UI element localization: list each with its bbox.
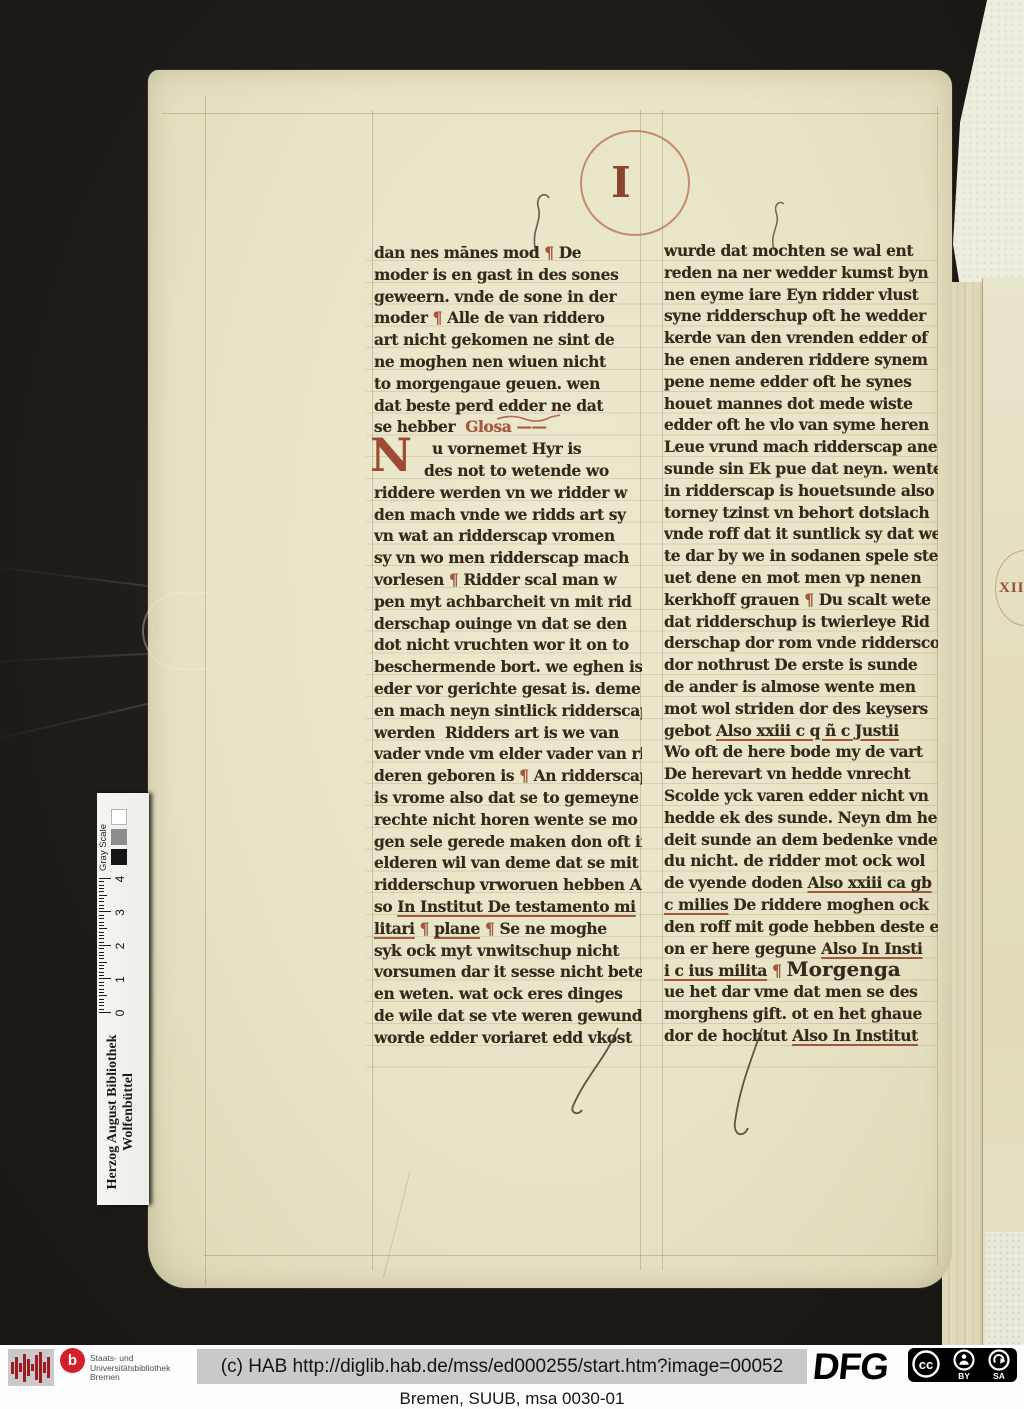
ruler-tick [99,928,107,929]
manuscript-line: on er here gegune Also In Insti [664,938,938,960]
text-segment: riddere werden vn we ridder w [374,483,627,502]
text-segment: gebot [664,721,716,740]
manuscript-line: gebot Also xxiii c q ñ c Justii [664,720,938,742]
manuscript-line: elderen wil van deme dat se mit [374,852,642,874]
cc-by-sa-icons: cc BY SA [908,1348,1017,1382]
manuscript-line: dat beste perd edder ne dat [374,395,642,417]
text-segment: Du scalt wete [814,590,931,609]
manuscript-line: vn wat an ridderscap vromen [374,525,642,547]
ruler-tick [99,972,104,973]
text-segment: beschermende bort. we eghen is [374,657,642,676]
ruler-tick [99,932,104,933]
text-segment: sunde sin Ek pue dat neyn. wente [664,459,938,478]
text-segment: ne moghen nen wiuen nicht [374,352,606,371]
page-holder-clip-inner [152,602,205,658]
text-segment: he enen anderen riddere synem [664,350,928,369]
suub-logo-bar [27,1359,30,1376]
manuscript-line: den roff mit gode hebben deste es [664,916,938,938]
manuscript-line: sy vn wo men ridderscap mach [374,547,642,569]
text-segment: dat ridderschup is twierleye Rid [664,612,929,631]
ruler-tick [99,918,104,919]
dfg-logo: DFG [811,1345,891,1389]
ruler-number: 2 [113,941,127,951]
ruler-tick [99,881,104,882]
manuscript-line: syk ock myt vnwitschup nicht [374,940,642,962]
manuscript-page: I dan nes mānes mod ¶ Demoder is en gast… [148,70,952,1288]
text-segment: kerde van den vrenden edder of [664,328,928,347]
ruler-tick [99,901,104,902]
ruler-tick [99,915,104,916]
ruler-tick [99,935,104,936]
manuscript-line: in ridderscap is houetsunde also [664,480,938,502]
text-segment: te dar by we in sodanen spele ster [664,546,938,565]
ruler-tick [99,992,104,993]
text-segment: de vyende doden [664,873,807,892]
suub-logo-bar [15,1357,18,1379]
text-segment: dan nes mānes mod [374,243,544,262]
text-segment: plane [434,919,480,938]
text-segment: des not to wetende wo [424,461,609,480]
text-segment: derschap ouinge vn dat se den [374,614,627,633]
manuscript-line: to morgengaue geuen. wen [374,373,642,395]
suub-logo-bar [47,1357,50,1378]
rubric-mark: ¶ [772,961,781,980]
manuscript-line: en weten. wat ock eres dinges [374,983,642,1005]
suub-logo-bar [39,1352,42,1383]
shelfmark-text: Bremen, SUUB, msa 0030-01 [0,1389,1024,1409]
cc-logo-letters: cc [919,1357,933,1372]
text-segment: uet dene en mot men vp nenen [664,568,921,587]
manuscript-line: du nicht. de ridder mot ock wol [664,850,938,872]
manuscript-line: hedde ek des sunde. Neyn dm he [664,807,938,829]
manuscript-line: werden Ridders art is we van [374,722,642,744]
ruling-line-top [162,113,940,114]
ruler-tick [99,995,107,996]
text-segment: en mach neyn sintlick ridderscap [374,701,642,720]
manuscript-line: de wile dat se vte weren gewundt [374,1005,642,1027]
text-segment: De [554,243,582,262]
text-segment: Morgenga [787,959,901,981]
rubric-mark: ¶ [433,308,442,327]
suub-logo-bar [19,1363,22,1372]
parchment-crease [383,1172,411,1279]
manuscript-line: so In Institut De testamento mi [374,896,642,918]
ruler-tick [99,891,104,892]
ruler-tick [99,1012,111,1013]
rubric-mark: Glosa [465,417,511,436]
text-segment: ue het dar vme dat men se des [664,982,918,1001]
ruler-tick [99,968,104,969]
ruler-tick [99,895,107,896]
text-segment: syk ock myt vnwitschup nicht [374,941,619,960]
manuscript-line: dan nes mānes mod ¶ De [374,242,642,264]
manuscript-line: worde edder voriaret edd vkost [374,1027,642,1049]
suub-logo-bar [23,1354,26,1382]
manuscript-line: houet mannes dot mede wiste [664,393,938,415]
ruler-number: 0 [113,1008,127,1018]
manuscript-line: c milies De riddere moghen ock [664,894,938,916]
text-segment: to morgengaue geuen. wen [374,374,600,393]
text-segment: edder oft he vlo van syme heren [664,415,929,434]
rubric-mark: ¶ [449,570,458,589]
ruler-tick [99,952,104,953]
ruler-tick [99,1009,104,1010]
folio-number-circle: I [580,130,690,236]
manuscript-line: is vrome also dat se to gemeyne [374,787,642,809]
manuscript-line: dot nicht vruchten wor it on to [374,634,642,656]
manuscript-line: reden na ner wedder kumst byn [664,262,938,284]
manuscript-line: litari ¶ plane ¶ Se ne moghe [374,918,642,940]
manuscript-line: torney tzinst vn behort dotslach [664,502,938,524]
text-segment: Also In Insti [821,939,922,958]
text-segment: dot nicht vruchten wor it on to [374,635,629,654]
text-segment: ridderschup vrworuen hebben Al [374,875,642,894]
ruler-tick [99,989,104,990]
suub-logo-bars [8,1349,54,1386]
ruler-tick [99,979,111,980]
text-segment: Ridder scal man w [458,570,616,589]
text-segment: derschap dor rom vnde ridderscop [664,633,938,652]
manuscript-line: kerkhoff grauen ¶ Du scalt wete [664,589,938,611]
manuscript-line: i c ius milita ¶ Morgenga [664,959,938,982]
ruler-tick [99,958,104,959]
ruler-number: 1 [113,975,127,985]
manuscript-line: geweern. vnde de sone in der [374,286,642,308]
adjacent-folio-number: XIII [999,580,1024,597]
text-segment: worde edder voriaret edd vkost [374,1028,632,1047]
manuscript-line: eder vor gerichte gesat is. deme [374,678,642,700]
book-cradle-surface-bottom [986,1232,1024,1345]
suub-library-name: Staats- und Universitätsbibliothek Breme… [90,1354,170,1383]
text-segment: c milies [664,895,728,914]
folio-number: I [582,158,660,207]
text-segment: de ander is almose wente men [664,677,916,696]
manuscript-line: en mach neyn sintlick ridderscap [374,700,642,722]
manuscript-line: u vornemet Hyr is [374,438,700,460]
text-segment: houet mannes dot mede wiste [664,394,913,413]
library-name-line2: Wolfenbüttel [121,1021,137,1203]
manuscript-line: ue het dar vme dat men se des [664,981,938,1003]
manuscript-line: pen myt achbarcheit vn mit rid [374,591,642,613]
text-segment: De riddere moghen ock [728,895,928,914]
ruler-tick [99,1005,104,1006]
manuscript-line: Wo oft de here bode my de vart [664,741,938,763]
manuscript-line: Scolde yck varen edder nicht vn [664,785,938,807]
text-segment: on er here gegune [664,939,821,958]
text-segment: den mach vnde we ridds art sy [374,505,626,524]
text-segment: i c ius milita [664,961,767,980]
ruler-tick [99,878,111,879]
text-segment: litari [374,919,415,938]
text-segment: morghens gift. ot en het ghaue [664,1004,922,1023]
manuscript-line: deren geboren is ¶ An ridderscap [374,765,642,787]
ruler-tick [99,905,104,906]
manuscript-line: derschap dor rom vnde ridderscop [664,632,938,654]
manuscript-line: art nicht gekomen ne sint de [374,329,642,351]
text-segment: Also xxiii c q ñ c Justii [716,721,899,740]
rubric-mark: ¶ [804,590,813,609]
text-segment: gen sele gerede maken don oft ir [374,832,642,851]
text-segment: du nicht. de ridder mot ock wol [664,851,925,870]
text-segment: dor nothrust De erste is sunde [664,655,917,674]
ruler-tick [99,975,104,976]
text-segment: vorsumen dar it sesse nicht beter [374,962,642,981]
scan-viewport: I dan nes mānes mod ¶ Demoder is en gast… [0,0,1024,1409]
copyright-url[interactable]: (c) HAB http://diglib.hab.de/mss/ed00025… [221,1356,783,1378]
ruler-tick [99,948,104,949]
text-segment: in ridderscap is houetsunde also [664,481,934,500]
text-segment: Wo oft de here bode my de vart [664,742,923,761]
text-segment: de wile dat se vte weren gewundt [374,1006,642,1025]
text-segment: moder [374,308,433,327]
text-segment: deit sunde an dem bedenke vnde [664,830,937,849]
library-name-line1: Herzog August Bibliothek [105,1021,121,1203]
ruler-tick [99,955,104,956]
text-segment: werden Ridders art is we van [374,723,619,742]
manuscript-line: sunde sin Ek pue dat neyn. wente [664,458,938,480]
text-segment: wurde dat mochten se wal ent [664,241,913,260]
manuscript-line: dat ridderschup is twierleye Rid [664,611,938,633]
text-segment: pene neme edder oft he synes [664,372,911,391]
manuscript-line: de ander is almose wente men [664,676,938,698]
manuscript-line: pene neme edder oft he synes [664,371,938,393]
manuscript-line: dor nothrust De erste is sunde [664,654,938,676]
grayscale-label: Gray Scale [98,793,109,871]
text-segment: hedde ek des sunde. Neyn dm he [664,808,937,827]
ruler-tick [99,942,104,943]
text-segment: geweern. vnde de sone in der [374,287,616,306]
text-segment: vnde roff dat it suntlick sy dat we [664,524,938,543]
grayscale-swatches: Gray Scale [97,793,149,871]
ruler-tick [99,945,111,946]
text-segment: u vornemet Hyr is [432,439,581,458]
text-segment: reden na ner wedder kumst byn [664,263,928,282]
ruler-tick [99,938,104,939]
rubric-mark: —— [511,417,546,436]
rubric-mark: ¶ [420,919,429,938]
ruler-tick [99,982,104,983]
manuscript-line: morghens gift. ot en het ghaue [664,1003,938,1025]
rubric-mark: ¶ [544,243,553,262]
text-segment: dor de hochtut [664,1026,792,1045]
text-segment: In Institut De testamento mi [397,897,635,916]
ruler-tick [99,912,111,913]
text-segment: so [374,897,397,916]
ruler-tick [99,999,104,1000]
suub-logo-bar [43,1362,46,1373]
text-segment: syne ridderschup oft he wedder [664,306,926,325]
manuscript-line: ridderschup vrworuen hebben Al [374,874,642,896]
ruler-tick [99,985,104,986]
ruler-tick [99,885,104,886]
manuscript-line: uet dene en mot men vp nenen [664,567,938,589]
text-segment: moder is en gast in des sones [374,265,618,284]
manuscript-line: he enen anderen riddere synem [664,349,938,371]
text-segment: vn wat an ridderscap vromen [374,526,615,545]
manuscript-line: te dar by we in sodanen spele ster [664,545,938,567]
text-segment: eder vor gerichte gesat is. deme [374,679,641,698]
manuscript-line: Leue vrund mach ridderscap ane [664,436,938,458]
copyright-bar: (c) HAB http://diglib.hab.de/mss/ed00025… [197,1349,807,1384]
ruling-line-vertical [205,96,206,1286]
text-segment: elderen wil van deme dat se mit [374,853,638,872]
ruler-tick [99,965,104,966]
text-segment: kerkhoff grauen [664,590,804,609]
ruler-number: 3 [113,908,127,918]
manuscript-line: dor de hochtut Also In Institut [664,1025,938,1047]
ruler-tick [99,962,107,963]
ruler-tick [99,898,104,899]
text-segment: Se ne moghe [494,919,606,938]
text-segment: is vrome also dat se to gemeyne [374,788,639,807]
manuscript-line: vorsumen dar it sesse nicht beter [374,961,642,983]
text-segment: Alle de van riddero [442,308,604,327]
swatch-black [111,849,127,865]
text-segment: deren geboren is [374,766,519,785]
manuscript-line: kerde van den vrenden edder of [664,327,938,349]
text-segment: Leue vrund mach ridderscap ane [664,437,937,456]
cc-by-label: BY [958,1371,970,1381]
facing-page-edge [982,278,1024,1345]
text-segment: torney tzinst vn behort dotslach [664,503,929,522]
text-segment: Also xxiii ca gb [807,873,931,892]
ruler-tick [99,922,104,923]
ruler-number: 4 [113,874,127,884]
text-segment: den roff mit gode hebben deste es [664,917,938,936]
text-segment: De herevart vn hedde vnrecht [664,764,910,783]
manuscript-line: wurde dat mochten se wal ent [664,240,938,262]
grayscale-reference-strip: Herzog August Bibliothek Wolfenbüttel 01… [97,793,149,1205]
manuscript-line: vader vnde vm elder vader van rid [374,743,642,765]
swatch-gray [111,829,127,845]
text-segment: An ridderscap [529,766,642,785]
library-name-label: Herzog August Bibliothek Wolfenbüttel [105,1021,137,1203]
ruler-tick [99,1002,104,1003]
manuscript-line: De herevart vn hedde vnrecht [664,763,938,785]
share-alike-icon [990,1351,1009,1370]
text-segment: Also In Institut [792,1026,918,1045]
ruler: 01234 [97,869,149,1019]
ruler-tick [99,925,104,926]
manuscript-line: mot wol striden dor des keysers [664,698,938,720]
rubric-mark: ¶ [519,766,528,785]
manuscript-line: derschap ouinge vn dat se den [374,613,642,635]
manuscript-line: gen sele gerede maken don oft ir [374,831,642,853]
suub-logo-bar [35,1355,38,1380]
manuscript-line: moder is en gast in des sones [374,264,642,286]
footer-bar: b Staats- und Universitätsbibliothek Bre… [0,1345,1024,1409]
text-segment: art nicht gekomen ne sint de [374,330,614,349]
manuscript-line: de vyende doden Also xxiii ca gb [664,872,938,894]
manuscript-line: beschermende bort. we eghen is [374,656,642,678]
manuscript-line: rechte nicht horen wente se mo [374,809,642,831]
manuscript-line: den mach vnde we ridds art sy [374,504,642,526]
ruler-tick [99,908,104,909]
text-segment: rechte nicht horen wente se mo [374,810,638,829]
text-segment: dat beste perd edder ne dat [374,396,603,415]
book-cradle-surface [953,0,1024,305]
ruler-tick [99,888,104,889]
text-segment: en weten. wat ock eres dinges [374,984,623,1003]
manuscript-line: se hebber Glosa —— [374,416,642,438]
text-segment: vader vnde vm elder vader van rid [374,744,642,763]
column-left: dan nes mānes mod ¶ Demoder is en gast i… [374,242,642,1052]
suub-logo-bar [31,1364,34,1371]
manuscript-line: deit sunde an dem bedenke vnde [664,829,938,851]
manuscript-line: vorlesen ¶ Ridder scal man w [374,569,642,591]
suub-line3: Bremen [90,1373,170,1383]
text-segment: nen eyme iare Eyn ridder vlust [664,285,918,304]
suub-logo-b: b [60,1348,85,1373]
manuscript-line: vnde roff dat it suntlick sy dat we [664,523,938,545]
text-segment: pen myt achbarcheit vn mit rid [374,592,632,611]
manuscript-line: moder ¶ Alle de van riddero [374,307,642,329]
text-segment: sy vn wo men ridderscap mach [374,548,629,567]
text-segment: mot wol striden dor des keysers [664,699,928,718]
manuscript-line: ne moghen nen wiuen nicht [374,351,642,373]
swatch-white [111,809,127,825]
column-right: wurde dat mochten se wal entreden na ner… [664,240,938,1050]
text-segment: Scolde yck varen edder nicht vn [664,786,929,805]
manuscript-line: edder oft he vlo van syme heren [664,414,938,436]
ruling-line-bottom [204,1255,936,1256]
text-segment: vorlesen [374,570,449,589]
cc-sa-label: SA [993,1371,1005,1381]
cc-license-badge[interactable]: cc BY SA [906,1346,1019,1384]
person-icon [962,1354,967,1359]
manuscript-line: syne ridderschup oft he wedder [664,305,938,327]
suub-logo-bar [11,1362,14,1374]
manuscript-line: nen eyme iare Eyn ridder vlust [664,284,938,306]
manuscript-line: des not to wetende wo [374,460,692,482]
manuscript-line: riddere werden vn we ridder w [374,482,642,504]
